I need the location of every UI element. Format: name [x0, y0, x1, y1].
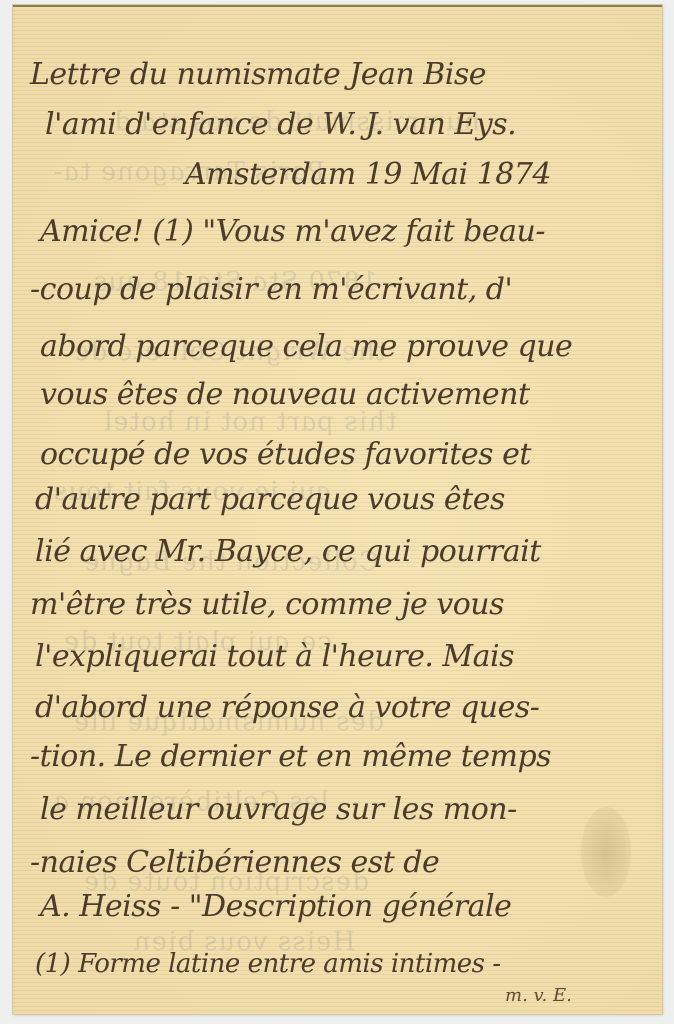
letter-line: Amice! (1) "Vous m'avez fait beau-	[40, 214, 545, 249]
signature-initials: m. v. E.	[505, 985, 572, 1006]
letter-line: le meilleur ouvrage sur les mon-	[40, 792, 517, 827]
letter-line: lié avec Mr. Bayce, ce qui pourrait	[35, 534, 541, 569]
letter-line: abord parceque cela me prouve que	[40, 329, 572, 364]
letter-line: A. Heiss - "Description générale	[40, 889, 511, 924]
letter-line: Amsterdam 19 Mai 1874	[185, 157, 551, 192]
letter-line: l'ami d'enfance de W. J. van Eys.	[45, 107, 516, 142]
footnote: (1) Forme latine entre amis intimes -	[35, 949, 501, 979]
letter-line: -coup de plaisir en m'écrivant, d'	[30, 272, 512, 307]
ink-stain	[581, 807, 631, 897]
letter-line: -naies Celtibériennes est de	[30, 845, 439, 880]
letter-line: d'abord une réponse à votre ques-	[35, 690, 539, 725]
letter-line: -tion. Le dernier et en même temps	[30, 739, 551, 774]
letter-line: l'expliquerai tout à l'heure. Mais	[35, 639, 514, 674]
letter-line: d'autre part parceque vous êtes	[35, 482, 505, 517]
letter-line: occupé de vos études favorites et	[40, 437, 531, 472]
letter-line: vous êtes de nouveau activement	[40, 377, 530, 412]
letter-page: nummissmatt de vos sta d Paris Tarragone…	[13, 5, 662, 1014]
letter-line: m'être très utile, comme je vous	[30, 587, 504, 622]
letter-line: Lettre du numismate Jean Bise	[30, 57, 486, 92]
